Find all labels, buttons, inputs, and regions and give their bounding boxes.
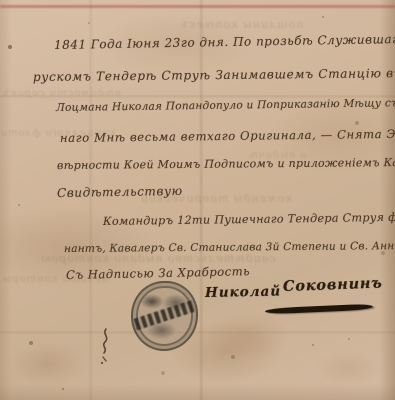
bleed-through-text: пошлины копѣекъ xyxy=(180,18,303,31)
manuscript-line-2: рускомъ Тендерѣ Струѣ Занимавшемъ Станці… xyxy=(33,65,395,84)
official-ink-seal xyxy=(131,281,198,351)
paper-stain-specks xyxy=(0,0,2,2)
signature-first-name: Николай xyxy=(205,283,281,301)
manuscript-page: пошлины копѣекъ вѣдомости сорокъ канцеля… xyxy=(0,0,395,400)
manuscript-line-1: 1841 Года Іюня 23го дня. По прозьбѣ Служ… xyxy=(54,31,395,52)
closing-line-1: Командиръ 12ти Пушечнаго Тендера Струя ф… xyxy=(103,210,395,228)
top-edge-red-line xyxy=(0,5,395,8)
seal-text-band xyxy=(131,298,198,333)
signature-flourish-underline xyxy=(265,304,373,315)
signature-last-name: Соковнинъ xyxy=(283,275,383,295)
closing-line-3: Съ Надписью За Храбрость xyxy=(66,264,250,282)
closing-line-2: нантъ, Кавалеръ Св. Станислава 3й Степен… xyxy=(64,239,395,255)
bleed-through-text: вѣдомости сорокъ xyxy=(2,88,121,99)
manuscript-line-5: вѣрности Коей Моимъ Подписомъ и приложен… xyxy=(57,155,395,172)
manuscript-line-6: Свидѣтельствую xyxy=(57,184,183,200)
ink-blot-mark xyxy=(92,327,118,365)
